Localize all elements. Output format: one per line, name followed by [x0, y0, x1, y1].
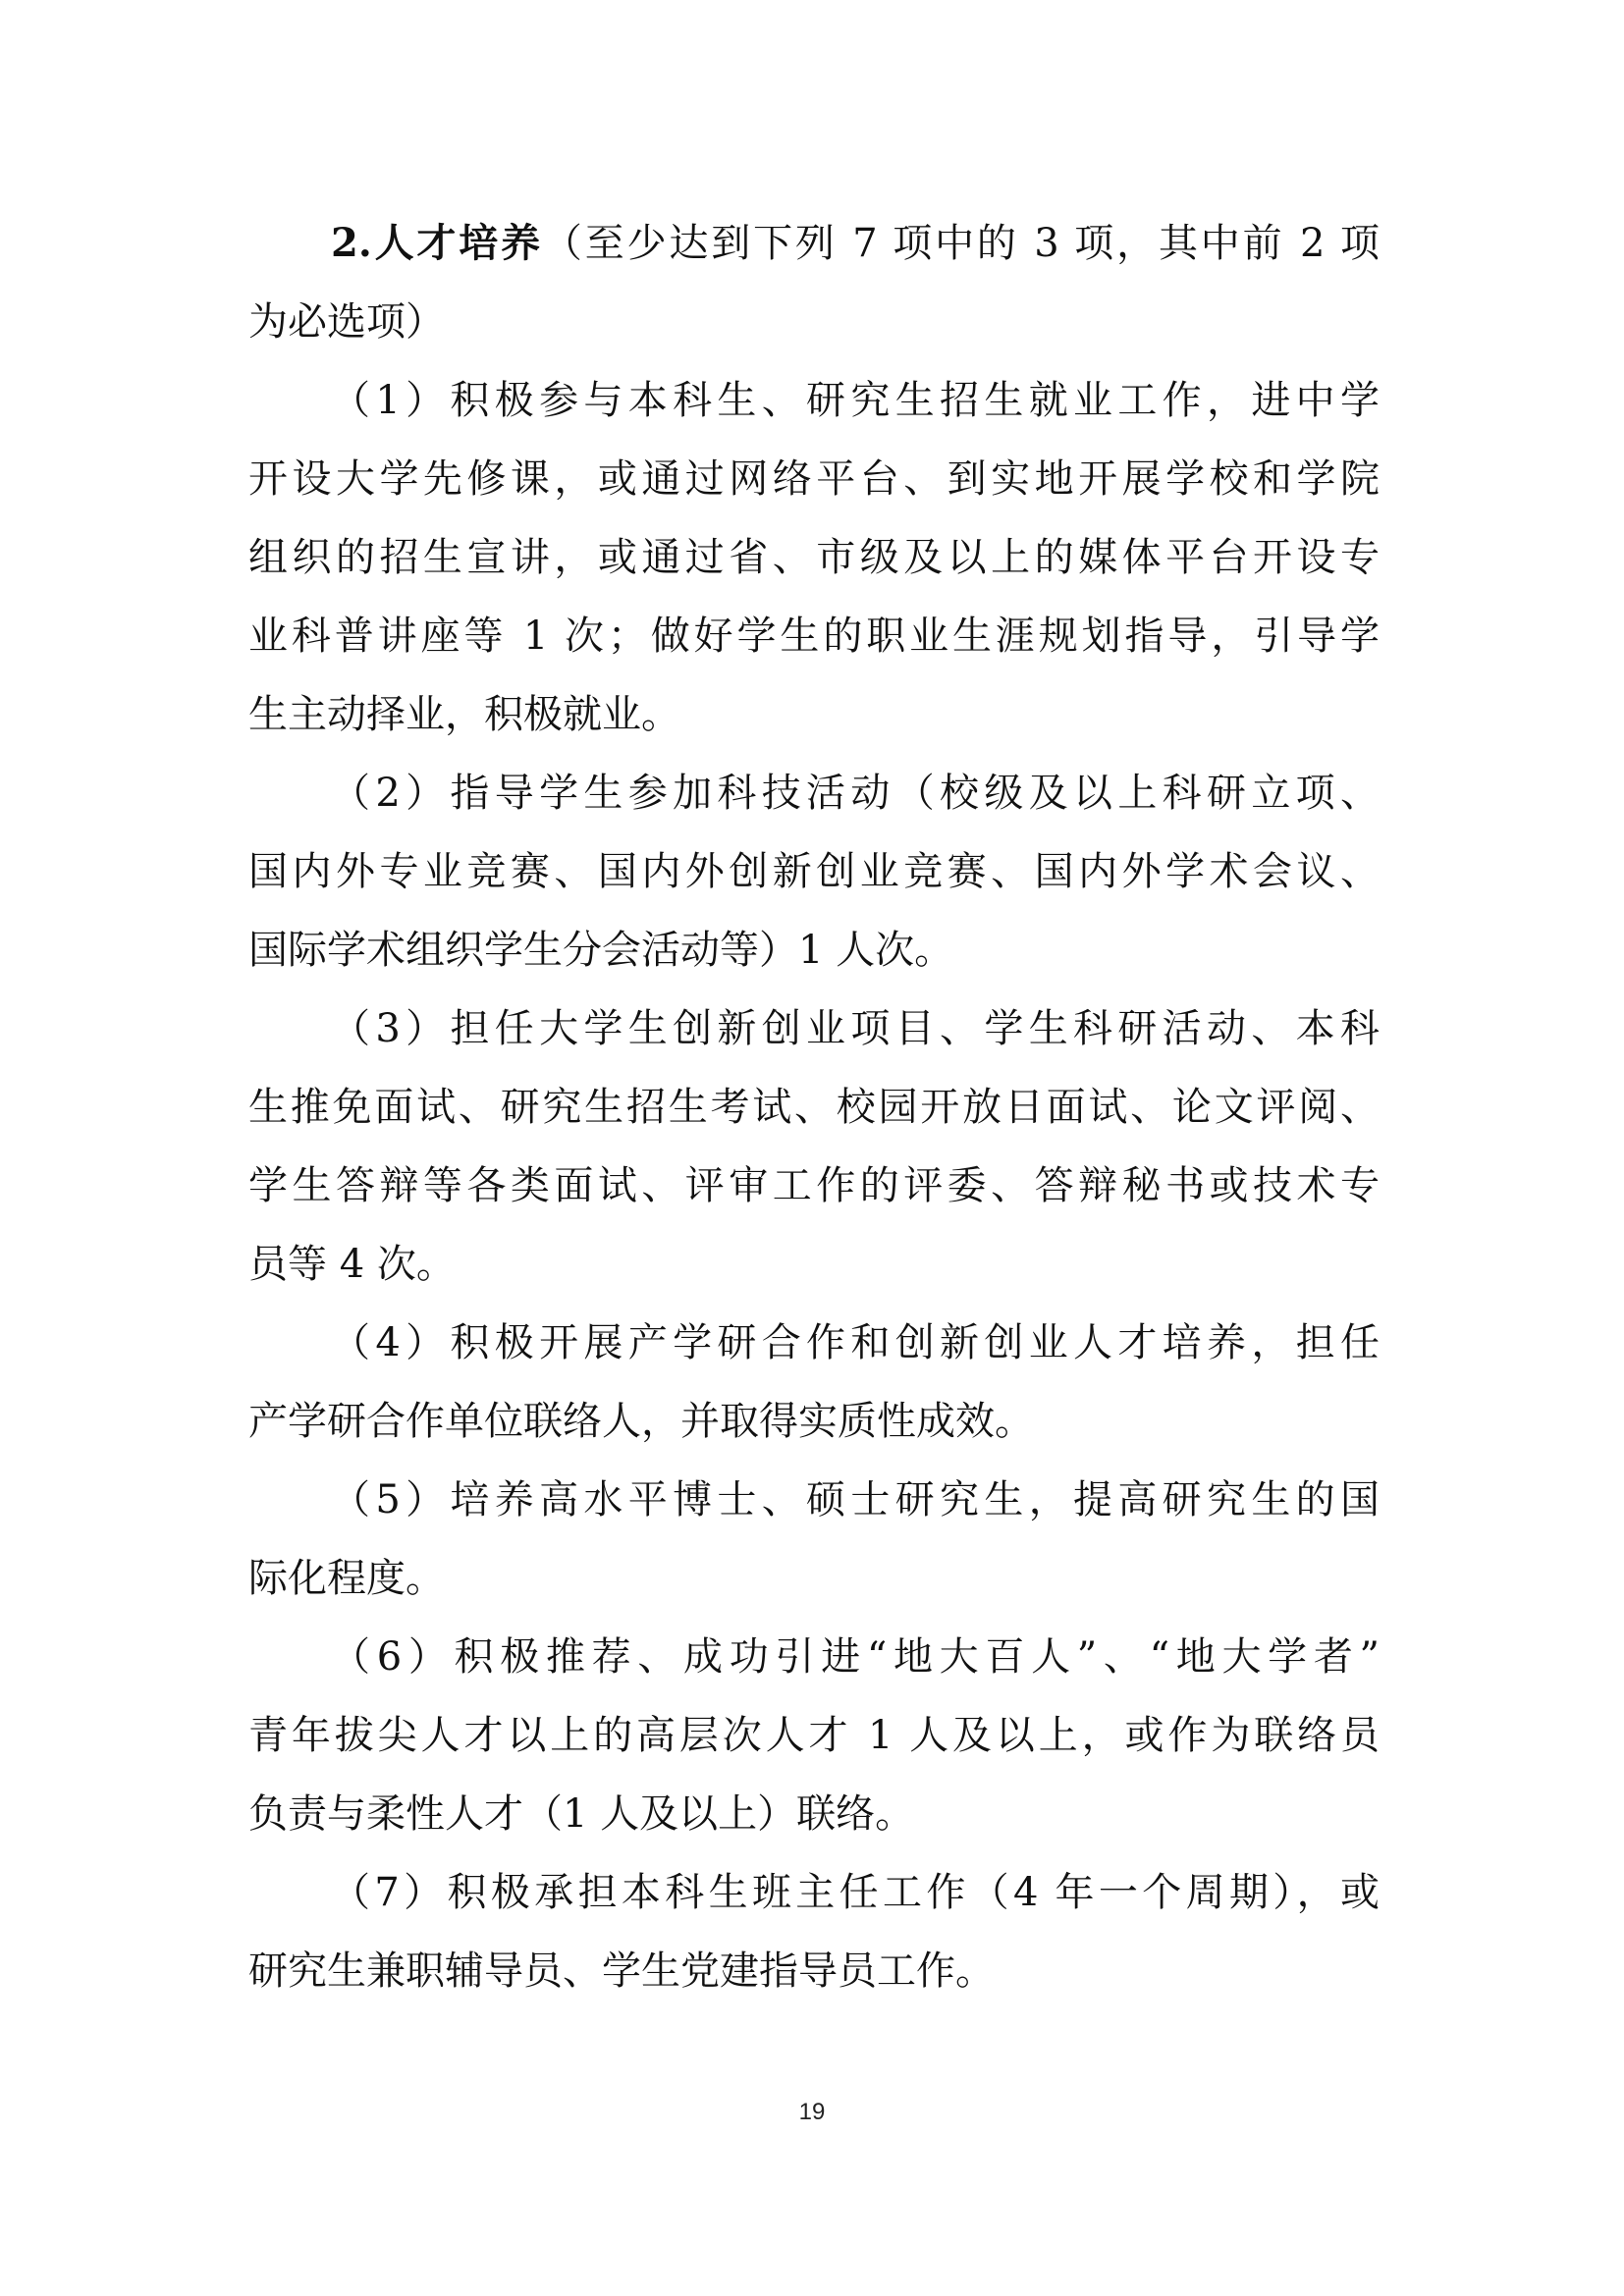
item-5-line: （5）培养高水平博士、硕士研究生，提高研究生的国	[248, 1472, 1380, 1551]
item-2-line: 国际学术组织学生分会活动等）1 人次。	[248, 923, 1380, 1001]
document-body: 2.人才培养（至少达到下列 7 项中的 3 项，其中前 2 项 为必选项） （1…	[248, 216, 1380, 2022]
item-4-line: （4）积极开展产学研合作和创新创业人才培养，担任	[248, 1315, 1380, 1394]
item-5: （5）培养高水平博士、硕士研究生，提高研究生的国 际化程度。	[248, 1472, 1380, 1629]
item-7-line: （7）积极承担本科生班主任工作（4 年一个周期），或	[248, 1865, 1380, 1944]
section-heading: 2.人才培养（至少达到下列 7 项中的 3 项，其中前 2 项 为必选项）	[248, 216, 1380, 373]
item-1-line: 开设大学先修课，或通过网络平台、到实地开展学校和学院	[248, 452, 1380, 530]
item-5-line: 际化程度。	[248, 1551, 1380, 1629]
item-6-line: 负责与柔性人才（1 人及以上）联络。	[248, 1787, 1380, 1865]
item-3-line: （3）担任大学生创新创业项目、学生科研活动、本科	[248, 1001, 1380, 1080]
item-1-line: 业科普讲座等 1 次；做好学生的职业生涯规划指导，引导学	[248, 609, 1380, 687]
item-3-line: 学生答辩等各类面试、评审工作的评委、答辩秘书或技术专	[248, 1158, 1380, 1237]
item-1-line: 生主动择业，积极就业。	[248, 687, 1380, 766]
heading-number: 2.	[331, 220, 372, 266]
item-2: （2）指导学生参加科技活动（校级及以上科研立项、 国内外专业竞赛、国内外创新创业…	[248, 766, 1380, 1001]
item-1-line: （1）积极参与本科生、研究生招生就业工作，进中学	[248, 373, 1380, 452]
item-2-line: 国内外专业竞赛、国内外创新创业竞赛、国内外学术会议、	[248, 844, 1380, 923]
item-4: （4）积极开展产学研合作和创新创业人才培养，担任 产学研合作单位联络人，并取得实…	[248, 1315, 1380, 1472]
item-7-line: 研究生兼职辅导员、学生党建指导员工作。	[248, 1944, 1380, 2022]
item-3-line: 生推免面试、研究生招生考试、校园开放日面试、论文评阅、	[248, 1080, 1380, 1158]
item-6-line: （6）积极推荐、成功引进“地大百人”、“地大学者”	[248, 1629, 1380, 1708]
item-4-line: 产学研合作单位联络人，并取得实质性成效。	[248, 1394, 1380, 1472]
item-6-line: 青年拔尖人才以上的高层次人才 1 人及以上，或作为联络员	[248, 1708, 1380, 1787]
item-1: （1）积极参与本科生、研究生招生就业工作，进中学 开设大学先修课，或通过网络平台…	[248, 373, 1380, 766]
item-1-line: 组织的招生宣讲，或通过省、市级及以上的媒体平台开设专	[248, 530, 1380, 609]
heading-line-2: 为必选项）	[248, 294, 1380, 373]
heading-line-1: 2.人才培养（至少达到下列 7 项中的 3 项，其中前 2 项	[248, 216, 1380, 294]
heading-criteria: （至少达到下列 7 项中的 3 项，其中前 2 项	[543, 221, 1380, 266]
item-3-line: 员等 4 次。	[248, 1237, 1380, 1315]
page-number: 19	[0, 2099, 1624, 2126]
item-6: （6）积极推荐、成功引进“地大百人”、“地大学者” 青年拔尖人才以上的高层次人才…	[248, 1629, 1380, 1865]
document-page: 2.人才培养（至少达到下列 7 项中的 3 项，其中前 2 项 为必选项） （1…	[0, 0, 1624, 2296]
item-7: （7）积极承担本科生班主任工作（4 年一个周期），或 研究生兼职辅导员、学生党建…	[248, 1865, 1380, 2022]
heading-title: 人才培养	[372, 220, 543, 266]
item-2-line: （2）指导学生参加科技活动（校级及以上科研立项、	[248, 766, 1380, 844]
item-3: （3）担任大学生创新创业项目、学生科研活动、本科 生推免面试、研究生招生考试、校…	[248, 1001, 1380, 1315]
